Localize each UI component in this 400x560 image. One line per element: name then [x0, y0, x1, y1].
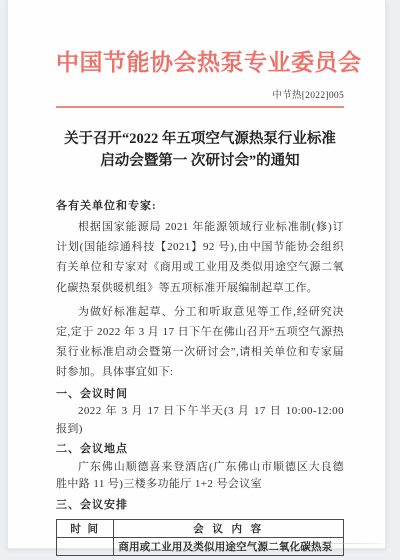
document-content: 中国节能协会热泵专业委员会 中节热[2022]005 关于召开“2022 年五项… — [8, 44, 385, 556]
header-divider-rule — [56, 106, 344, 108]
notice-title-line2: 启动会暨第一 次研讨会”的通知 — [56, 151, 344, 173]
agenda-header-time: 时 间 — [57, 520, 114, 538]
agenda-table-row: 商用或工业用及类似用途空气源二氧化碳热泵 — [57, 538, 344, 556]
section-heading-meeting-place: 二、会议地点 — [56, 441, 344, 459]
section-body-meeting-place: 广东佛山顺德喜来登酒店(广东佛山市顺德区大良德胜中路 11 号)三楼多功能厅 1… — [56, 459, 344, 494]
paragraph-basis: 根据国家能源局 2021 年能源领域行业标准制(修)订计划(国能综通科技【202… — [56, 217, 344, 298]
agenda-cell-time — [57, 538, 114, 556]
section-body-meeting-time: 2022 年 3 月 17 日下午半天(3 月 17 日 10:00-12:00… — [56, 403, 344, 438]
notice-title-line1: 关于召开“2022 年五项空气源热泵行业标准 — [56, 129, 344, 151]
scanned-document-page: 中国节能协会热泵专业委员会 中节热[2022]005 关于召开“2022 年五项… — [7, 0, 386, 549]
agenda-table: 时 间 会 议 内 容 商用或工业用及类似用途空气源二氧化碳热泵 — [56, 519, 344, 556]
notice-title: 关于召开“2022 年五项空气源热泵行业标准 启动会暨第一 次研讨会”的通知 — [56, 129, 344, 172]
document-number: 中节热[2022]005 — [56, 87, 344, 101]
section-heading-meeting-agenda: 三、会议安排 — [56, 497, 344, 515]
scan-artifact-line — [298, 543, 380, 544]
agenda-table-header-row: 时 间 会 议 内 容 — [57, 520, 344, 538]
paragraph-decision: 为做好标准起草、分工和听取意见等工作,经研究决定,定于 2022 年 3 月 1… — [56, 302, 344, 383]
section-heading-meeting-time: 一、会议时间 — [56, 386, 344, 404]
agenda-cell-content: 商用或工业用及类似用途空气源二氧化碳热泵 — [114, 538, 344, 556]
salutation: 各有关单位和专家: — [56, 197, 344, 213]
agenda-header-content: 会 议 内 容 — [114, 520, 344, 538]
organization-title: 中国节能协会热泵专业委员会 — [56, 44, 344, 77]
